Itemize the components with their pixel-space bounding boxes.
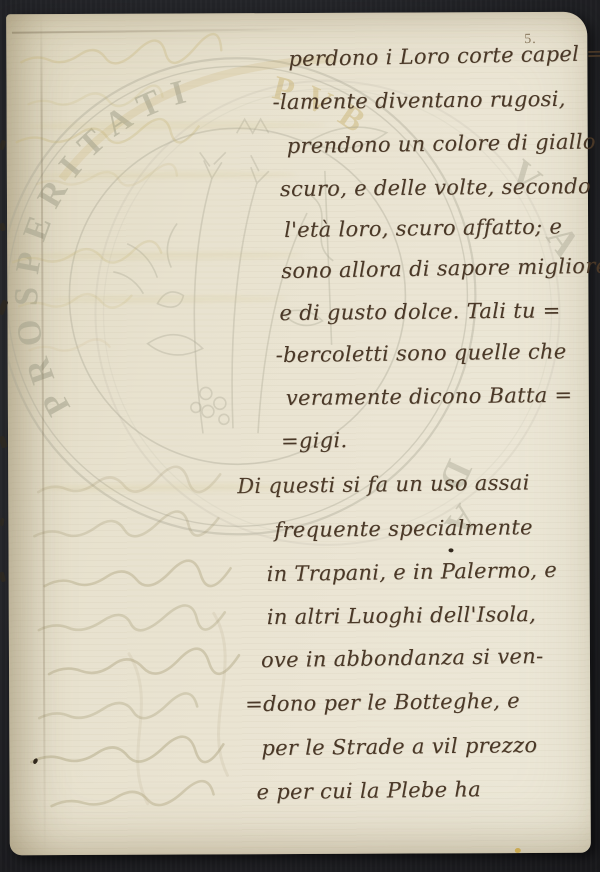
manuscript-line: veramente dicono Batta = — [286, 383, 573, 410]
manuscript-line: ove in abbondanza si ven- — [261, 644, 544, 672]
manuscript-line: scuro, e delle volte, secondo — [280, 174, 591, 201]
manuscript-line: =gigi. — [281, 428, 348, 453]
gutter-ink-mark — [0, 518, 5, 527]
manuscript-page: PROSPERITATI PVB — [6, 12, 591, 856]
manuscript-line: frequente specialmente — [274, 515, 533, 542]
paper-spec — [515, 848, 521, 853]
gutter-ink-mark — [0, 223, 6, 232]
manuscript-line: e per cui la Plebe ha — [256, 777, 481, 804]
gutter-ink-mark — [0, 572, 6, 583]
manuscript-line: l'età loro, scuro affatto; e — [284, 214, 562, 242]
manuscript-line: -lamente diventano rugosi, — [272, 87, 565, 114]
gutter-ink-mark — [0, 435, 8, 448]
manuscript-line: =dono per le Botteghe, e — [245, 689, 520, 717]
manuscript-line: in altri Luoghi dell'Isola, — [267, 602, 537, 629]
gutter-ink-mark — [0, 139, 6, 150]
manuscript-line: e di gusto dolce. Tali tu = — [279, 298, 560, 325]
ink-spot — [449, 548, 454, 552]
manuscript-line: -bercoletti sono quelle che — [276, 339, 567, 367]
manuscript-line: in Trapani, e in Palermo, e — [266, 558, 557, 586]
manuscript-line: per le Strade a vil prezzo — [261, 733, 537, 760]
photographed-manuscript: PROSPERITATI PVB — [0, 0, 600, 872]
manuscript-line: prendono un colore di giallo — [287, 129, 596, 158]
